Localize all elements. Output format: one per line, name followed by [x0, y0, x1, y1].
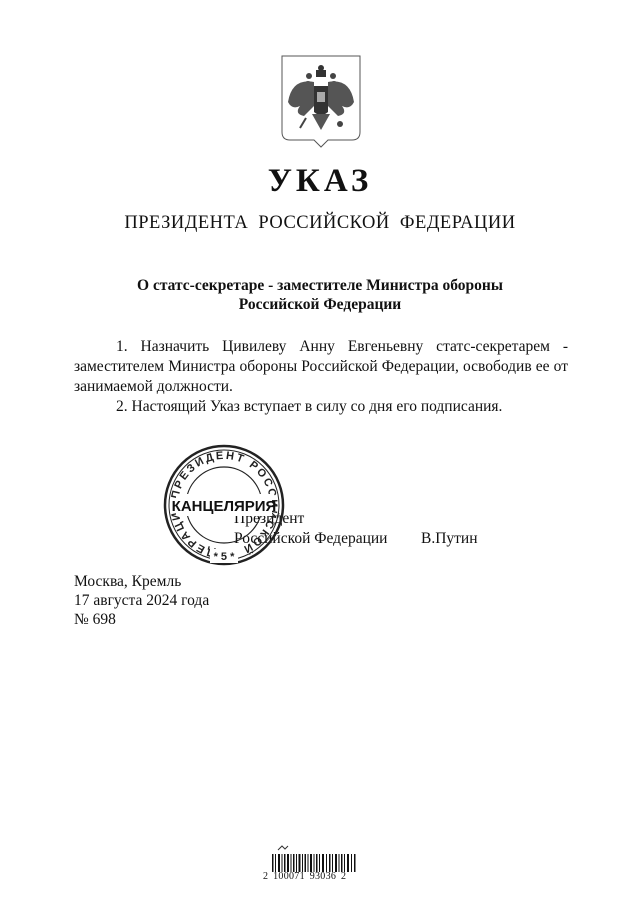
official-seal-icon: ПРЕЗИДЕНТ РОССИЙСКОЙ ФЕДЕРАЦИИ КАНЦЕЛЯРИ…: [162, 443, 286, 567]
decree-number: № 698: [74, 610, 209, 629]
signer-name: В.Путин: [421, 530, 478, 548]
document-subtitle: ПРЕЗИДЕНТА РОССИЙСКОЙ ФЕДЕРАЦИИ: [0, 213, 640, 234]
date: 17 августа 2024 года: [74, 591, 209, 610]
place: Москва, Кремль: [74, 572, 209, 591]
heading-line-1: О статс-секретаре - заместителе Министра…: [0, 276, 640, 295]
barcode-number: 2 100071 93036 2: [263, 871, 346, 882]
paragraph-1: 1. Назначить Цивилеву Анну Евгеньевну ст…: [74, 337, 568, 397]
svg-text:* 5 *: * 5 *: [214, 551, 236, 563]
document-title: УКАЗ: [0, 163, 640, 200]
heading-line-2: Российской Федерации: [0, 295, 640, 314]
place-and-date: Москва, Кремль 17 августа 2024 года № 69…: [74, 572, 209, 629]
seal-center-text: КАНЦЕЛЯРИЯ: [172, 498, 277, 515]
decree-heading: О статс-секретаре - заместителе Министра…: [0, 276, 640, 314]
paragraph-2: 2. Настоящий Указ вступает в силу со дня…: [74, 397, 568, 417]
coat-of-arms-icon: [278, 52, 364, 150]
decree-body: 1. Назначить Цивилеву Анну Евгеньевну ст…: [74, 337, 568, 417]
